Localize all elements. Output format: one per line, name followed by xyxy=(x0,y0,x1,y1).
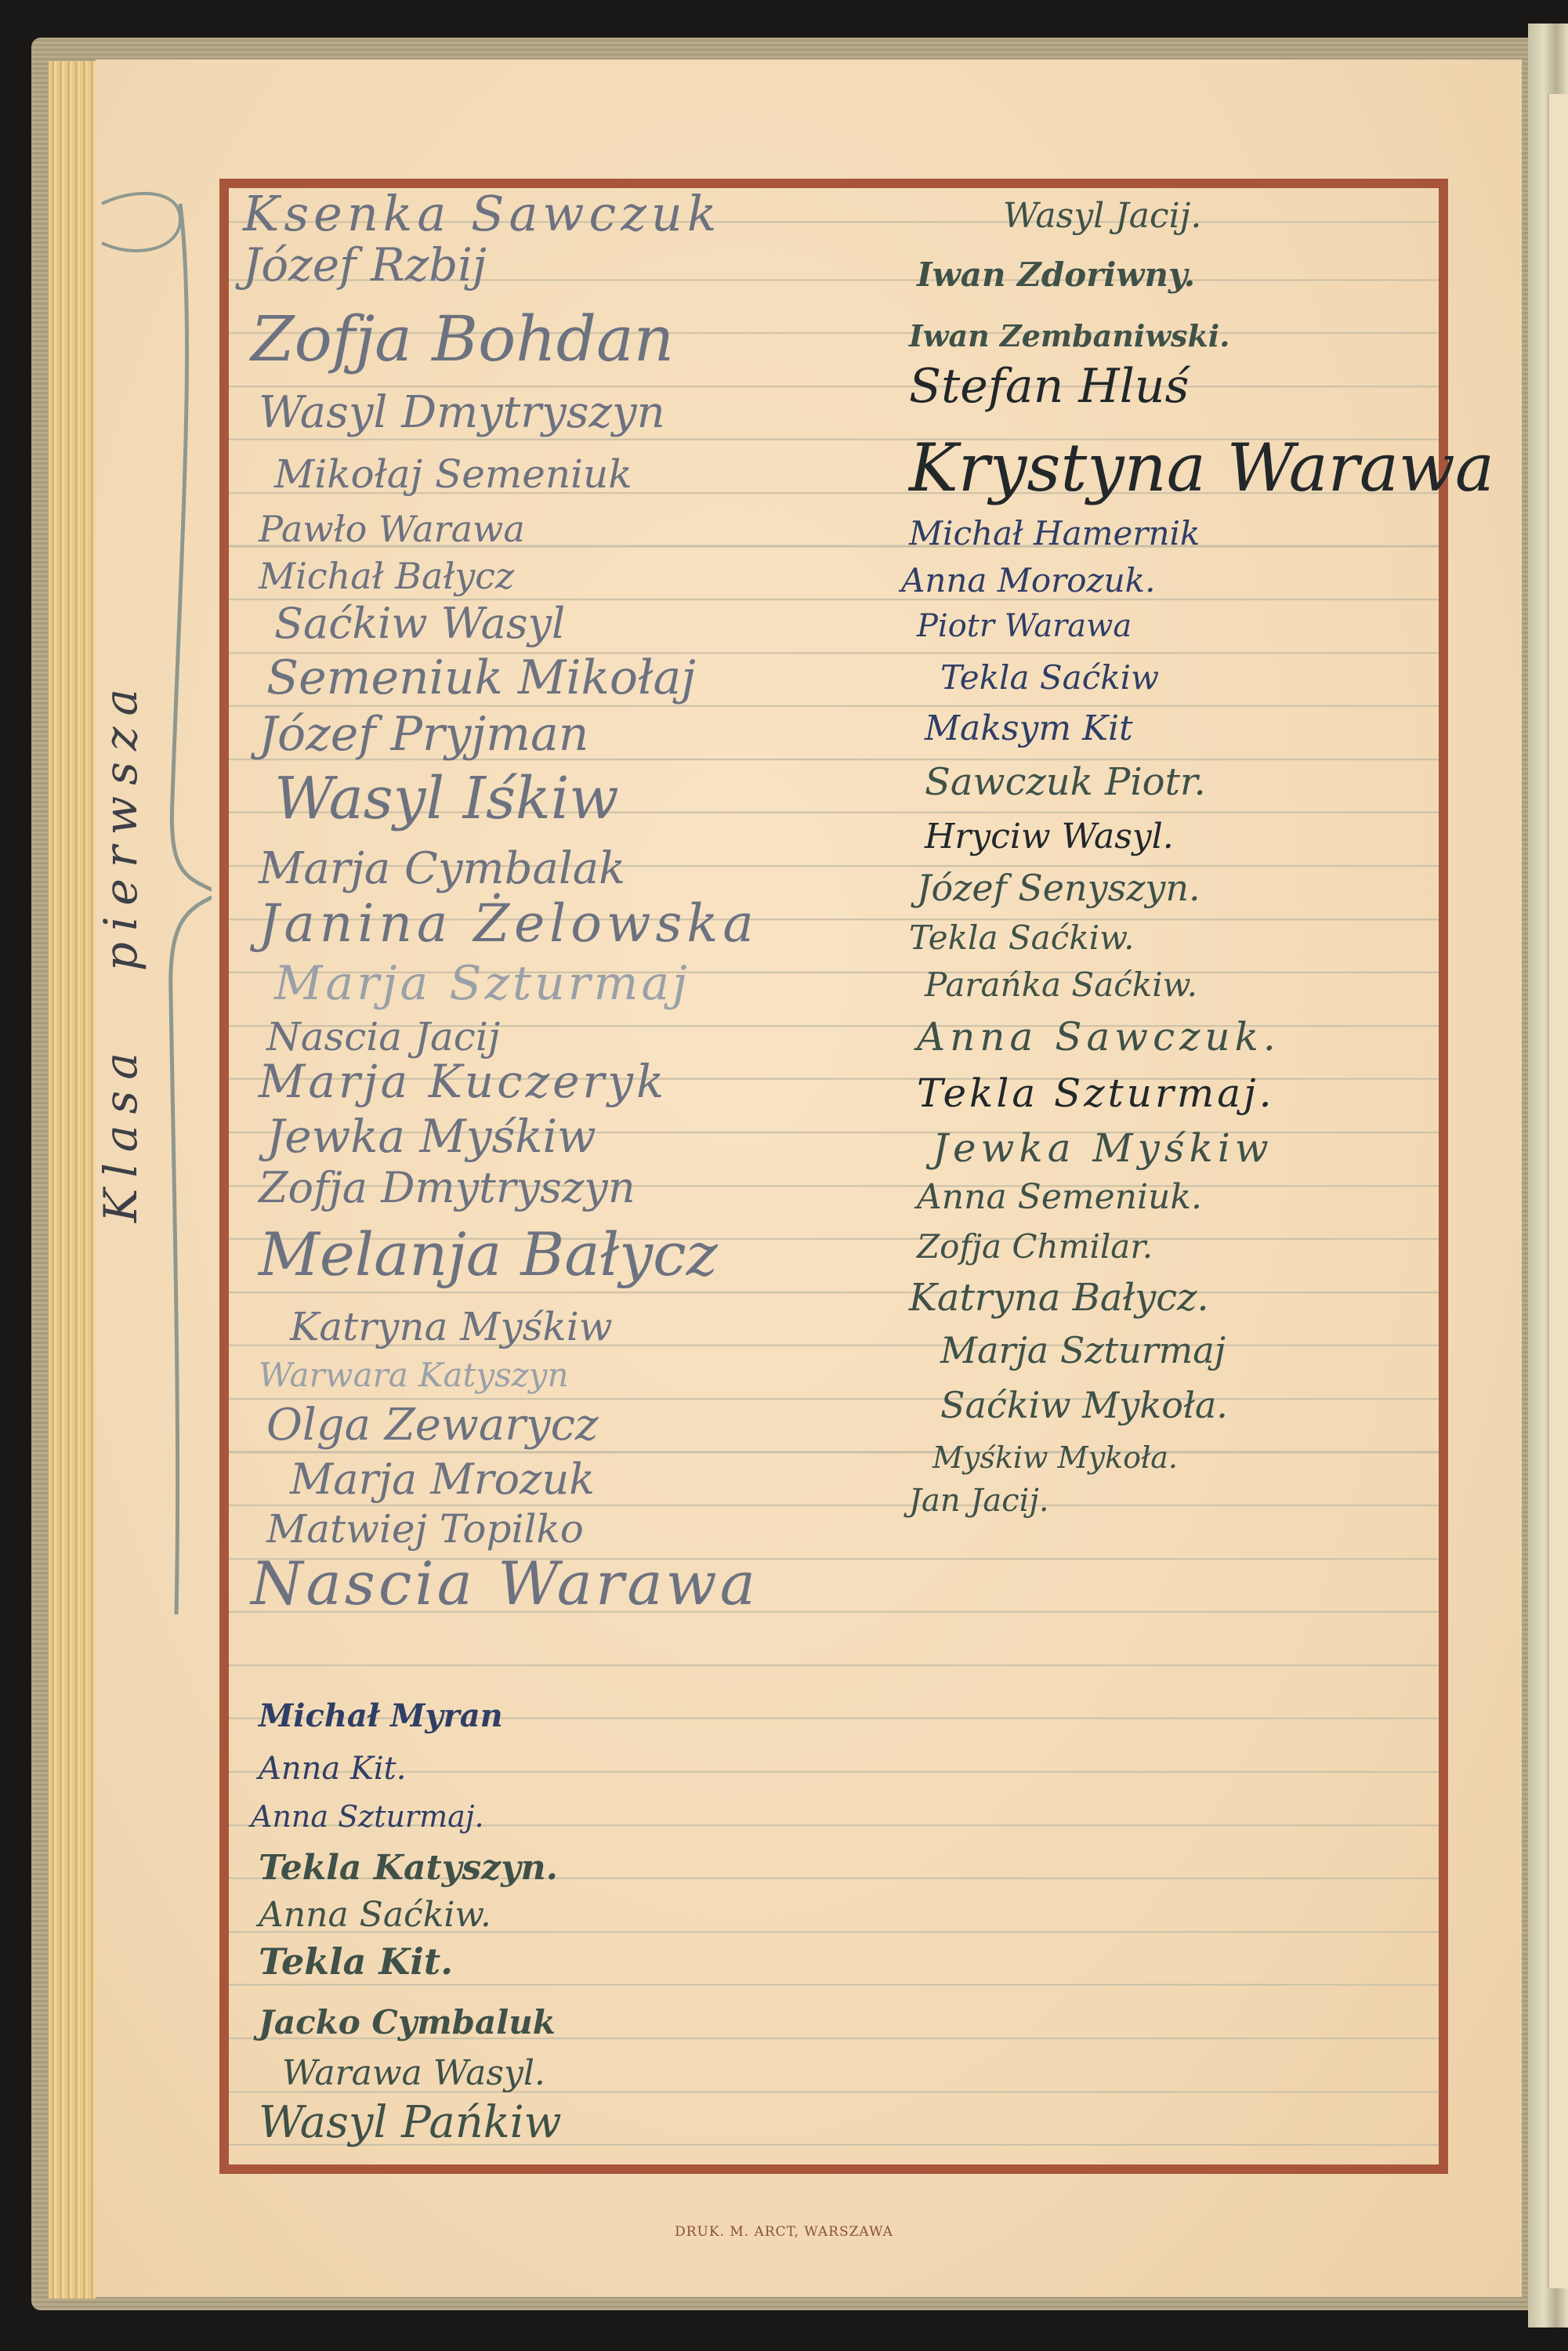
name-entry: Jewka Myśkiw xyxy=(266,1110,596,1163)
name-entry: Michał Bałycz xyxy=(259,555,514,597)
name-entry: Katryna Bałycz. xyxy=(909,1276,1209,1320)
name-entry: Józef Senyszyn. xyxy=(917,867,1200,909)
name-entry: Melanja Bałycz xyxy=(259,1219,718,1289)
name-entry: Józef Pryjman xyxy=(259,707,588,762)
name-entry: Iwan Zdoriwny. xyxy=(917,255,1195,294)
name-entry: Krystyna Warawa xyxy=(909,429,1494,506)
name-entry: Myśkiw Mykoła. xyxy=(932,1440,1178,1475)
class-label-word2: pierwsza xyxy=(94,678,147,971)
name-entry: Stefan Hluś xyxy=(909,359,1189,414)
name-entry: Olga Zewarycz xyxy=(266,1400,599,1451)
name-entry: Michał Hamernik xyxy=(909,514,1200,552)
name-entry: Wasyl Pańkiw xyxy=(259,2097,562,2148)
name-entry: Anna Morozuk. xyxy=(901,561,1155,600)
name-entry: Zofja Chmilar. xyxy=(917,1227,1153,1266)
name-entry: Anna Saćkiw. xyxy=(259,1895,491,1935)
name-entry: Anna Sawczuk. xyxy=(917,1014,1280,1060)
name-entry: Józef Rzbij xyxy=(243,238,487,292)
name-entry: Nascia Jacij xyxy=(266,1014,500,1060)
facing-page-edge xyxy=(1548,94,1568,2288)
name-entry: Wasyl Dmytryszyn xyxy=(259,387,665,438)
name-entry: Tekla Szturmaj. xyxy=(917,1070,1274,1116)
name-entry: Marja Szturmaj xyxy=(274,956,690,1011)
name-entry: Sawczuk Piotr. xyxy=(925,760,1206,804)
name-entry: Matwiej Topilko xyxy=(266,1506,584,1552)
name-entry: Janina Żelowska xyxy=(259,893,759,954)
name-entry: Anna Szturmaj. xyxy=(251,1799,484,1834)
name-entry: Maksym Kit xyxy=(925,708,1133,748)
name-entry: Pawło Warawa xyxy=(259,508,525,550)
name-entry: Anna Semeniuk. xyxy=(917,1177,1202,1217)
name-entry: Parańka Saćkiw. xyxy=(925,965,1197,1004)
name-entry: Tekla Saćkiw. xyxy=(909,918,1134,957)
name-entry: Iwan Zembaniwski. xyxy=(909,318,1229,353)
name-entry: Wasyl Iśkiw xyxy=(274,765,619,832)
name-entry: Tekla Saćkiw xyxy=(940,658,1159,697)
name-entry: Katryna Myśkiw xyxy=(290,1304,613,1349)
name-entry: Marja Cymbalak xyxy=(259,843,625,894)
name-entry: Marja Szturmaj xyxy=(940,1329,1226,1371)
class-label-word1: Klasa xyxy=(94,1041,147,1223)
name-entry: Jan Jacij. xyxy=(909,1483,1049,1519)
name-entry: Semeniuk Mikołaj xyxy=(266,650,696,705)
name-entry: Marja Kuczeryk xyxy=(259,1055,667,1108)
name-entry: Nascia Warawa xyxy=(251,1549,759,1618)
name-entry: Zofja Bohdan xyxy=(251,302,674,375)
name-entry: Jewka Myśkiw xyxy=(932,1125,1273,1171)
name-entry: Ksenka Sawczuk xyxy=(243,185,721,242)
name-entry: Warwara Katyszyn xyxy=(259,1356,569,1394)
name-entry: Mikołaj Semeniuk xyxy=(274,451,632,497)
name-entry: Tekla Kit. xyxy=(259,1940,453,1983)
name-entry: Zofja Dmytryszyn xyxy=(259,1163,636,1212)
name-entry: Saćkiw Wasyl xyxy=(274,599,565,648)
name-entry: Anna Kit. xyxy=(259,1751,406,1787)
printer-imprint: DRUK. M. ARCT, WARSZAWA xyxy=(0,2224,1568,2240)
class-label: Klasapierwsza xyxy=(94,678,147,1223)
name-entry: Wasyl Jacij. xyxy=(1003,196,1201,236)
name-entry: Piotr Warawa xyxy=(917,608,1132,644)
name-entry: Saćkiw Mykoła. xyxy=(940,1384,1228,1426)
name-entry: Marja Mrozuk xyxy=(290,1454,595,1504)
name-entry: Michał Myran xyxy=(259,1697,503,1734)
name-entry: Warawa Wasyl. xyxy=(282,2053,545,2093)
name-entry: Tekla Katyszyn. xyxy=(259,1848,558,1888)
name-entry: Jacko Cymbaluk xyxy=(259,2003,556,2041)
name-entry: Hryciw Wasyl. xyxy=(925,817,1174,857)
